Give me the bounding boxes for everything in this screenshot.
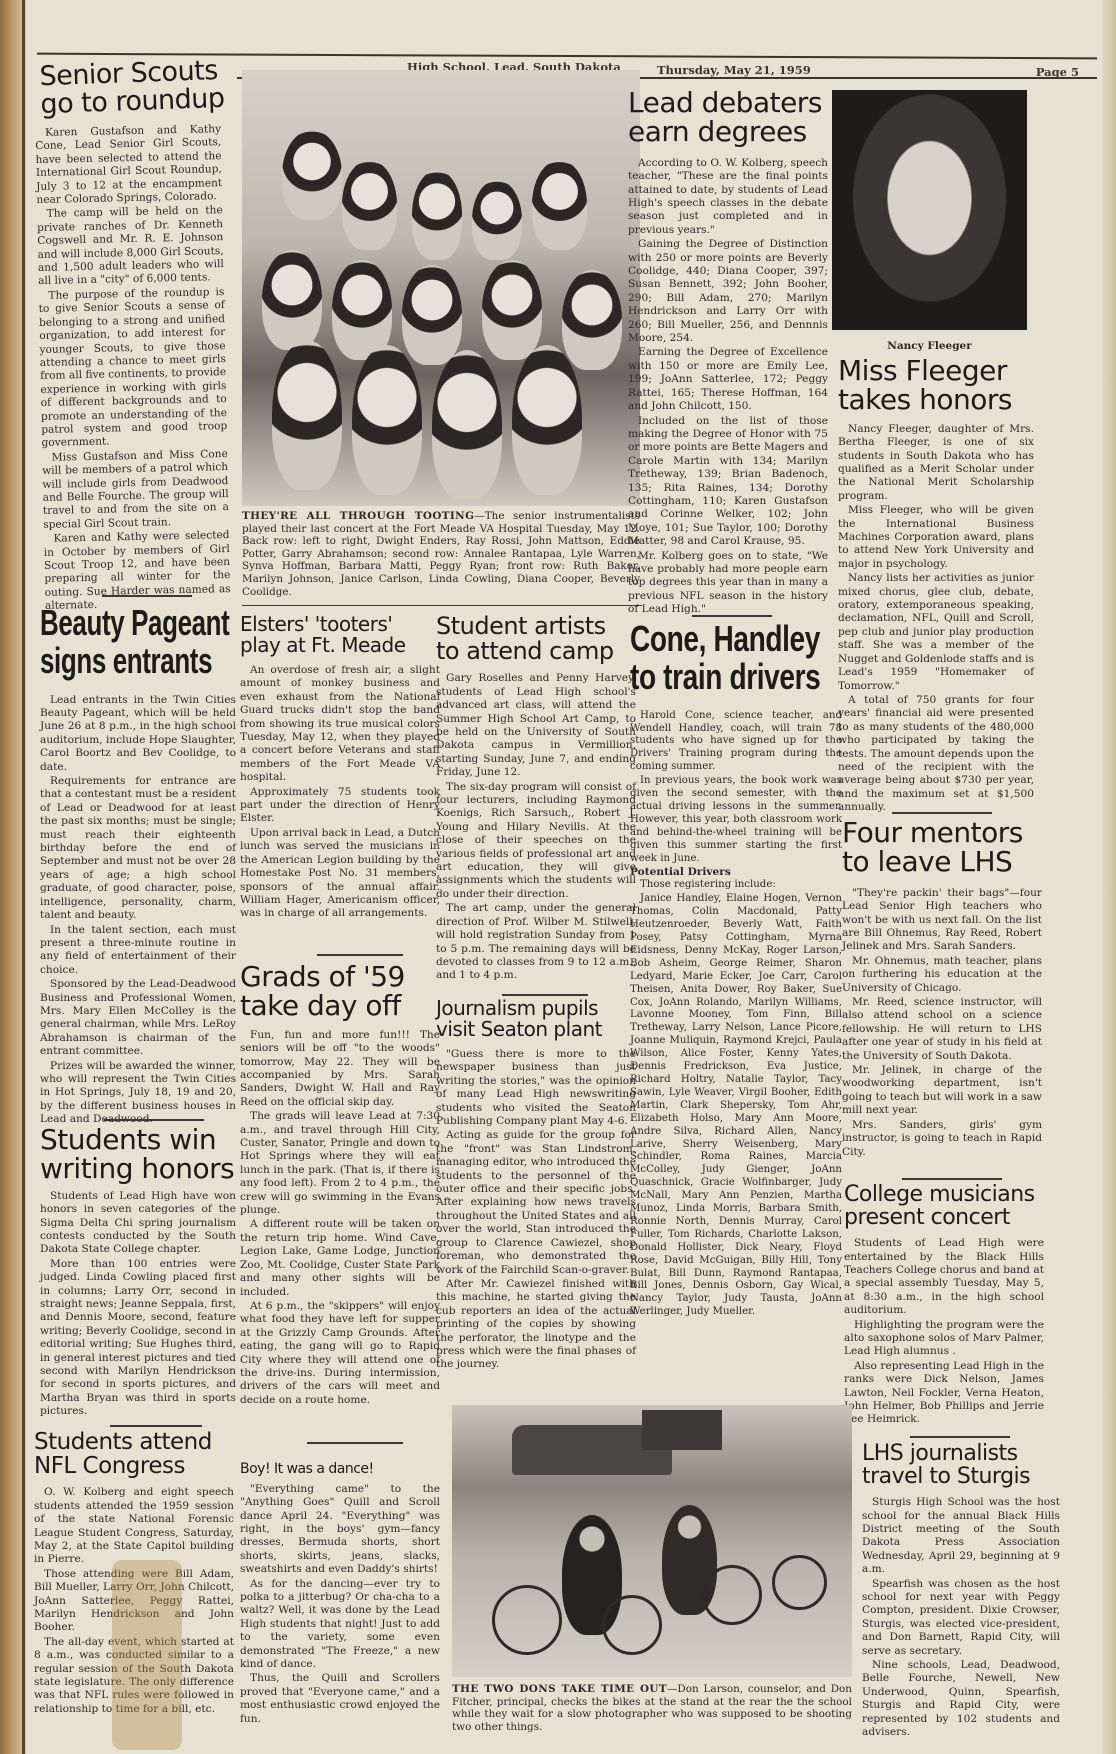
photo-figure	[562, 270, 622, 370]
page-edge	[1102, 0, 1116, 1754]
headline-line: NFL Congress	[34, 1454, 234, 1478]
photo-figure	[432, 350, 502, 500]
headline-line: Cone, Handley	[630, 620, 841, 658]
paragraph: The art camp, under the general directio…	[436, 902, 636, 982]
headline-line: LHS journalists	[862, 1442, 1060, 1465]
article-body: Nancy Fleeger, daughter of Mrs. Bertha F…	[838, 423, 1034, 815]
headline-line: Journalism pupils	[436, 998, 636, 1019]
paragraph: Acting as guide for the group for the "f…	[436, 1129, 636, 1276]
paragraph: The six-day program will consist of four…	[436, 781, 636, 902]
paragraph: Nine schools, Lead, Deadwood, Belle Four…	[862, 1659, 1060, 1739]
headline: Grads of '59 take day off	[240, 962, 440, 1021]
paragraph: Mr. Kolberg goes on to state, "We have p…	[628, 550, 828, 617]
headline-line: to train drivers	[630, 658, 841, 696]
headline-line: takes honors	[838, 385, 1034, 414]
paragraph: According to O. W. Kolberg, speech teach…	[628, 157, 828, 237]
article-body: Harold Cone, science teacher, and Wendel…	[630, 710, 842, 1320]
article-body: According to O. W. Kolberg, speech teach…	[628, 157, 828, 617]
paragraph: Gaining the Degree of Distinction with 2…	[628, 238, 828, 345]
photo-figure	[262, 250, 322, 350]
paragraph: More than 100 entries were judged. Linda…	[40, 1258, 236, 1419]
headline-line: earn degrees	[628, 117, 828, 146]
paragraph: Miss Gustafson and Miss Cone will be mem…	[42, 447, 230, 531]
paragraph: Also representing Lead High in the ranks…	[844, 1360, 1044, 1427]
bicycle-wheel	[772, 1555, 827, 1610]
paragraph: Mr. Ohnemus, math teacher, plans on furt…	[842, 955, 1042, 995]
headline-line: writing honors	[40, 1154, 236, 1183]
headline-line: Four mentors	[842, 818, 1042, 847]
headline-line: go to roundup	[40, 85, 227, 120]
article-body: Students of Lead High have won honors in…	[40, 1190, 236, 1419]
headline-line: Grads of '59	[240, 962, 440, 991]
divider	[110, 1425, 202, 1427]
paragraph: Earning the Degree of Excellence with 15…	[628, 346, 828, 413]
binding-edge	[22, 0, 25, 1754]
bicycle-wheel	[602, 1595, 662, 1655]
headline-line: Student artists	[436, 614, 636, 639]
two-dons-photo	[452, 1405, 852, 1677]
paragraph: Sturgis High School was the host school …	[862, 1496, 1060, 1576]
masthead-date: Thursday, May 21, 1959	[657, 63, 811, 77]
paragraph: Miss Fleeger, who will be given the Inte…	[838, 504, 1034, 571]
paragraph: O. W. Kolberg and eight speech students …	[34, 1486, 234, 1566]
paragraph: Sponsored by the Lead-Deadwood Business …	[40, 978, 236, 1058]
caption-text: —The senior instrumentalists played thei…	[242, 510, 640, 598]
subhead: Potential Drivers	[630, 866, 842, 879]
divider	[692, 615, 772, 617]
headline-line: Students attend	[34, 1430, 234, 1454]
article-cone-handley: Cone, Handley to train drivers Harold Co…	[630, 620, 842, 1320]
article-lead-debaters: Lead debaters earn degrees According to …	[628, 88, 828, 618]
paragraph: The grads will leave Lead at 7:30 a.m., …	[240, 1110, 440, 1217]
headline-line: Elsters' 'tooters'	[240, 614, 440, 635]
paragraph: As for the dancing—ever try to polka to …	[240, 1578, 440, 1672]
divider	[892, 812, 992, 814]
caption-lead: The two Dons take time out	[452, 1683, 667, 1695]
photo-figure	[512, 345, 582, 495]
divider	[910, 1436, 1010, 1438]
divider	[307, 1442, 403, 1444]
paragraph: A total of 750 grants for four years' fi…	[838, 694, 1034, 815]
divider	[104, 1119, 204, 1121]
article-body: "Guess there is more to the newspaper bu…	[436, 1048, 636, 1372]
paragraph: In previous years, the book work was giv…	[630, 775, 842, 865]
headline-line: Students win	[40, 1125, 236, 1154]
paragraph: Mr. Reed, science instructor, will also …	[842, 996, 1042, 1063]
paragraph: Prizes will be awarded the winner, who w…	[40, 1060, 236, 1127]
photo-figure	[482, 260, 542, 360]
paragraph: "Guess there is more to the newspaper bu…	[436, 1048, 636, 1128]
photo-figure	[402, 265, 462, 365]
headline-line: play at Ft. Meade	[240, 635, 440, 656]
bicycle-wheel	[702, 1565, 762, 1625]
paragraph: Gary Roselles and Penny Harvey, students…	[436, 672, 636, 779]
article-beauty-pageant: Beauty Pageant signs entrants Lead entra…	[40, 604, 236, 1128]
paragraph: "They're packin' their bags"—four Lead S…	[842, 887, 1042, 954]
photo-caption: Nancy Fleeger	[832, 340, 1027, 352]
divider	[317, 954, 403, 956]
article-body: Karen Gustafson and Kathy Cone, Lead Sen…	[35, 123, 231, 613]
headline-line: Boy! It was a dance!	[240, 1462, 440, 1477]
article-body: Fun, fun and more fun!!! The seniors wil…	[240, 1029, 440, 1407]
headline: Students attend NFL Congress	[34, 1430, 234, 1478]
divider	[242, 605, 642, 606]
paragraph: Fun, fun and more fun!!! The seniors wil…	[240, 1029, 440, 1109]
headline: Senior Scouts go to roundup	[39, 57, 227, 120]
photo-figure	[272, 340, 342, 490]
paragraph: Upon arrival back in Lead, a Dutch lunch…	[240, 827, 440, 921]
bicycle-wheel	[492, 1585, 562, 1655]
paragraph: The camp will be held on the private ran…	[37, 204, 225, 288]
article-body: Gary Roselles and Penny Harvey, students…	[436, 672, 636, 982]
headline: Journalism pupils visit Seaton plant	[436, 998, 636, 1040]
article-body: Students of Lead High were entertained b…	[844, 1237, 1044, 1427]
article-body: "Everything came" to the "Anything Goes"…	[240, 1483, 440, 1726]
article-dance: Boy! It was a dance! "Everything came" t…	[240, 1462, 440, 1727]
paragraph: Requirements for entrance are that a con…	[40, 775, 236, 922]
paragraph: Those registering include:	[630, 879, 842, 892]
paragraph: Students of Lead High have won honors in…	[40, 1190, 236, 1257]
page-number: Page 5	[1036, 65, 1079, 79]
headline-line: travel to Sturgis	[862, 1465, 1060, 1488]
article-elsters-tooters: Elsters' 'tooters' play at Ft. Meade An …	[240, 614, 440, 922]
paragraph: Harold Cone, science teacher, and Wendel…	[630, 710, 842, 775]
article-body: An overdose of fresh air, a slight amoun…	[240, 664, 440, 921]
article-student-artists: Student artists to attend camp Gary Rose…	[436, 614, 636, 984]
paragraph: Mrs. Sanders, girls' gym instructor, is …	[842, 1119, 1042, 1159]
headline-line: signs entrants	[40, 642, 234, 680]
headline-line: present concert	[844, 1206, 1044, 1229]
paragraph: Lead entrants in the Twin Cities Beauty …	[40, 694, 236, 774]
headline-line: College musicians	[844, 1183, 1044, 1206]
two-dons-caption: The two Dons take time out—Don Larson, c…	[452, 1683, 852, 1733]
headline-line: to attend camp	[436, 639, 636, 664]
paragraph: At 6 p.m., the "skippers" will enjoy wha…	[240, 1300, 440, 1407]
article-lhs-journalists: LHS journalists travel to Sturgis Sturgi…	[862, 1442, 1060, 1741]
headline-line: Beauty Pageant	[40, 604, 234, 642]
newspaper-page: High School, Lead, South Dakota Thursday…	[32, 0, 1102, 1754]
divider	[102, 595, 192, 597]
article-four-mentors: Four mentors to leave LHS "They're packi…	[842, 818, 1042, 1160]
caption-lead: They're all through tooting	[242, 510, 474, 522]
headline-line: take day off	[240, 991, 440, 1020]
photo-figure	[532, 160, 587, 250]
article-college-musicians: College musicians present concert Studen…	[844, 1183, 1044, 1428]
headline-line: to leave LHS	[842, 847, 1042, 876]
headline-line: visit Seaton plant	[436, 1019, 636, 1040]
headline: College musicians present concert	[844, 1183, 1044, 1229]
photo-figure	[282, 130, 342, 220]
headline: Student artists to attend camp	[436, 614, 636, 664]
article-journalism-pupils: Journalism pupils visit Seaton plant "Gu…	[436, 998, 636, 1373]
paragraph: Spearfish was chosen as the host school …	[862, 1578, 1060, 1658]
paragraph: An overdose of fresh air, a slight amoun…	[240, 664, 440, 785]
headline: Lead debaters earn degrees	[628, 88, 828, 147]
band-photo-caption: They're all through tooting—The senior i…	[242, 510, 640, 598]
building-sign	[642, 1410, 722, 1450]
headline-line: Lead debaters	[628, 88, 828, 117]
paragraph: The purpose of the roundup is to give Se…	[38, 286, 227, 451]
headline: Elsters' 'tooters' play at Ft. Meade	[240, 614, 440, 656]
paragraph: In the talent section, each must present…	[40, 924, 236, 978]
photo-figure	[352, 345, 422, 495]
paragraph: "Everything came" to the "Anything Goes"…	[240, 1483, 440, 1577]
article-senior-scouts: Senior Scouts go to roundup Karen Gustaf…	[40, 60, 226, 612]
paragraph: Students of Lead High were entertained b…	[844, 1237, 1044, 1317]
paragraph: Nancy lists her activities as junior mix…	[838, 572, 1034, 693]
paragraph: Thus, the Quill and Scrollers proved tha…	[240, 1672, 440, 1726]
article-writing-honors: Students win writing honors Students of …	[40, 1125, 236, 1420]
paragraph: Mr. Jelinek, in charge of the woodworkin…	[842, 1064, 1042, 1118]
photo-figure	[342, 160, 397, 250]
photo-figure	[472, 180, 522, 260]
paragraph: Karen and Kathy were selected in October…	[43, 529, 231, 613]
paragraph: Karen Gustafson and Kathy Cone, Lead Sen…	[35, 123, 223, 207]
paragraph: Nancy Fleeger, daughter of Mrs. Bertha F…	[838, 423, 1034, 503]
nancy-fleeger-photo	[832, 90, 1027, 330]
headline-line: Miss Fleeger	[838, 356, 1034, 385]
water-stain	[112, 1560, 182, 1750]
photo-figure	[412, 170, 462, 260]
paragraph: After Mr. Cawiezel finished with this ma…	[436, 1278, 636, 1372]
paragraph: A different route will be taken on the r…	[240, 1218, 440, 1298]
headline: Beauty Pageant signs entrants	[40, 604, 234, 680]
paragraph: Janice Handley, Elaine Hogen, Vernon Tho…	[630, 893, 842, 1319]
article-grads-of-59: Grads of '59 take day off Fun, fun and m…	[240, 962, 440, 1408]
headline: Students win writing honors	[40, 1125, 236, 1184]
divider	[902, 1178, 1002, 1180]
headline: Miss Fleeger takes honors	[838, 356, 1034, 415]
article-body: Lead entrants in the Twin Cities Beauty …	[40, 694, 236, 1127]
article-body: "They're packin' their bags"—four Lead S…	[842, 887, 1042, 1159]
article-miss-fleeger: Miss Fleeger takes honors Nancy Fleeger,…	[838, 356, 1034, 816]
headline: Cone, Handley to train drivers	[630, 620, 841, 696]
article-body: Sturgis High School was the host school …	[862, 1496, 1060, 1739]
headline: Boy! It was a dance!	[240, 1462, 440, 1477]
headline: Four mentors to leave LHS	[842, 818, 1042, 877]
paragraph: Approximately 75 students took part unde…	[240, 786, 440, 826]
headline: LHS journalists travel to Sturgis	[862, 1442, 1060, 1488]
paragraph: Included on the list of those making the…	[628, 415, 828, 549]
paragraph: Highlighting the program were the alto s…	[844, 1319, 1044, 1359]
band-photo	[242, 70, 640, 506]
